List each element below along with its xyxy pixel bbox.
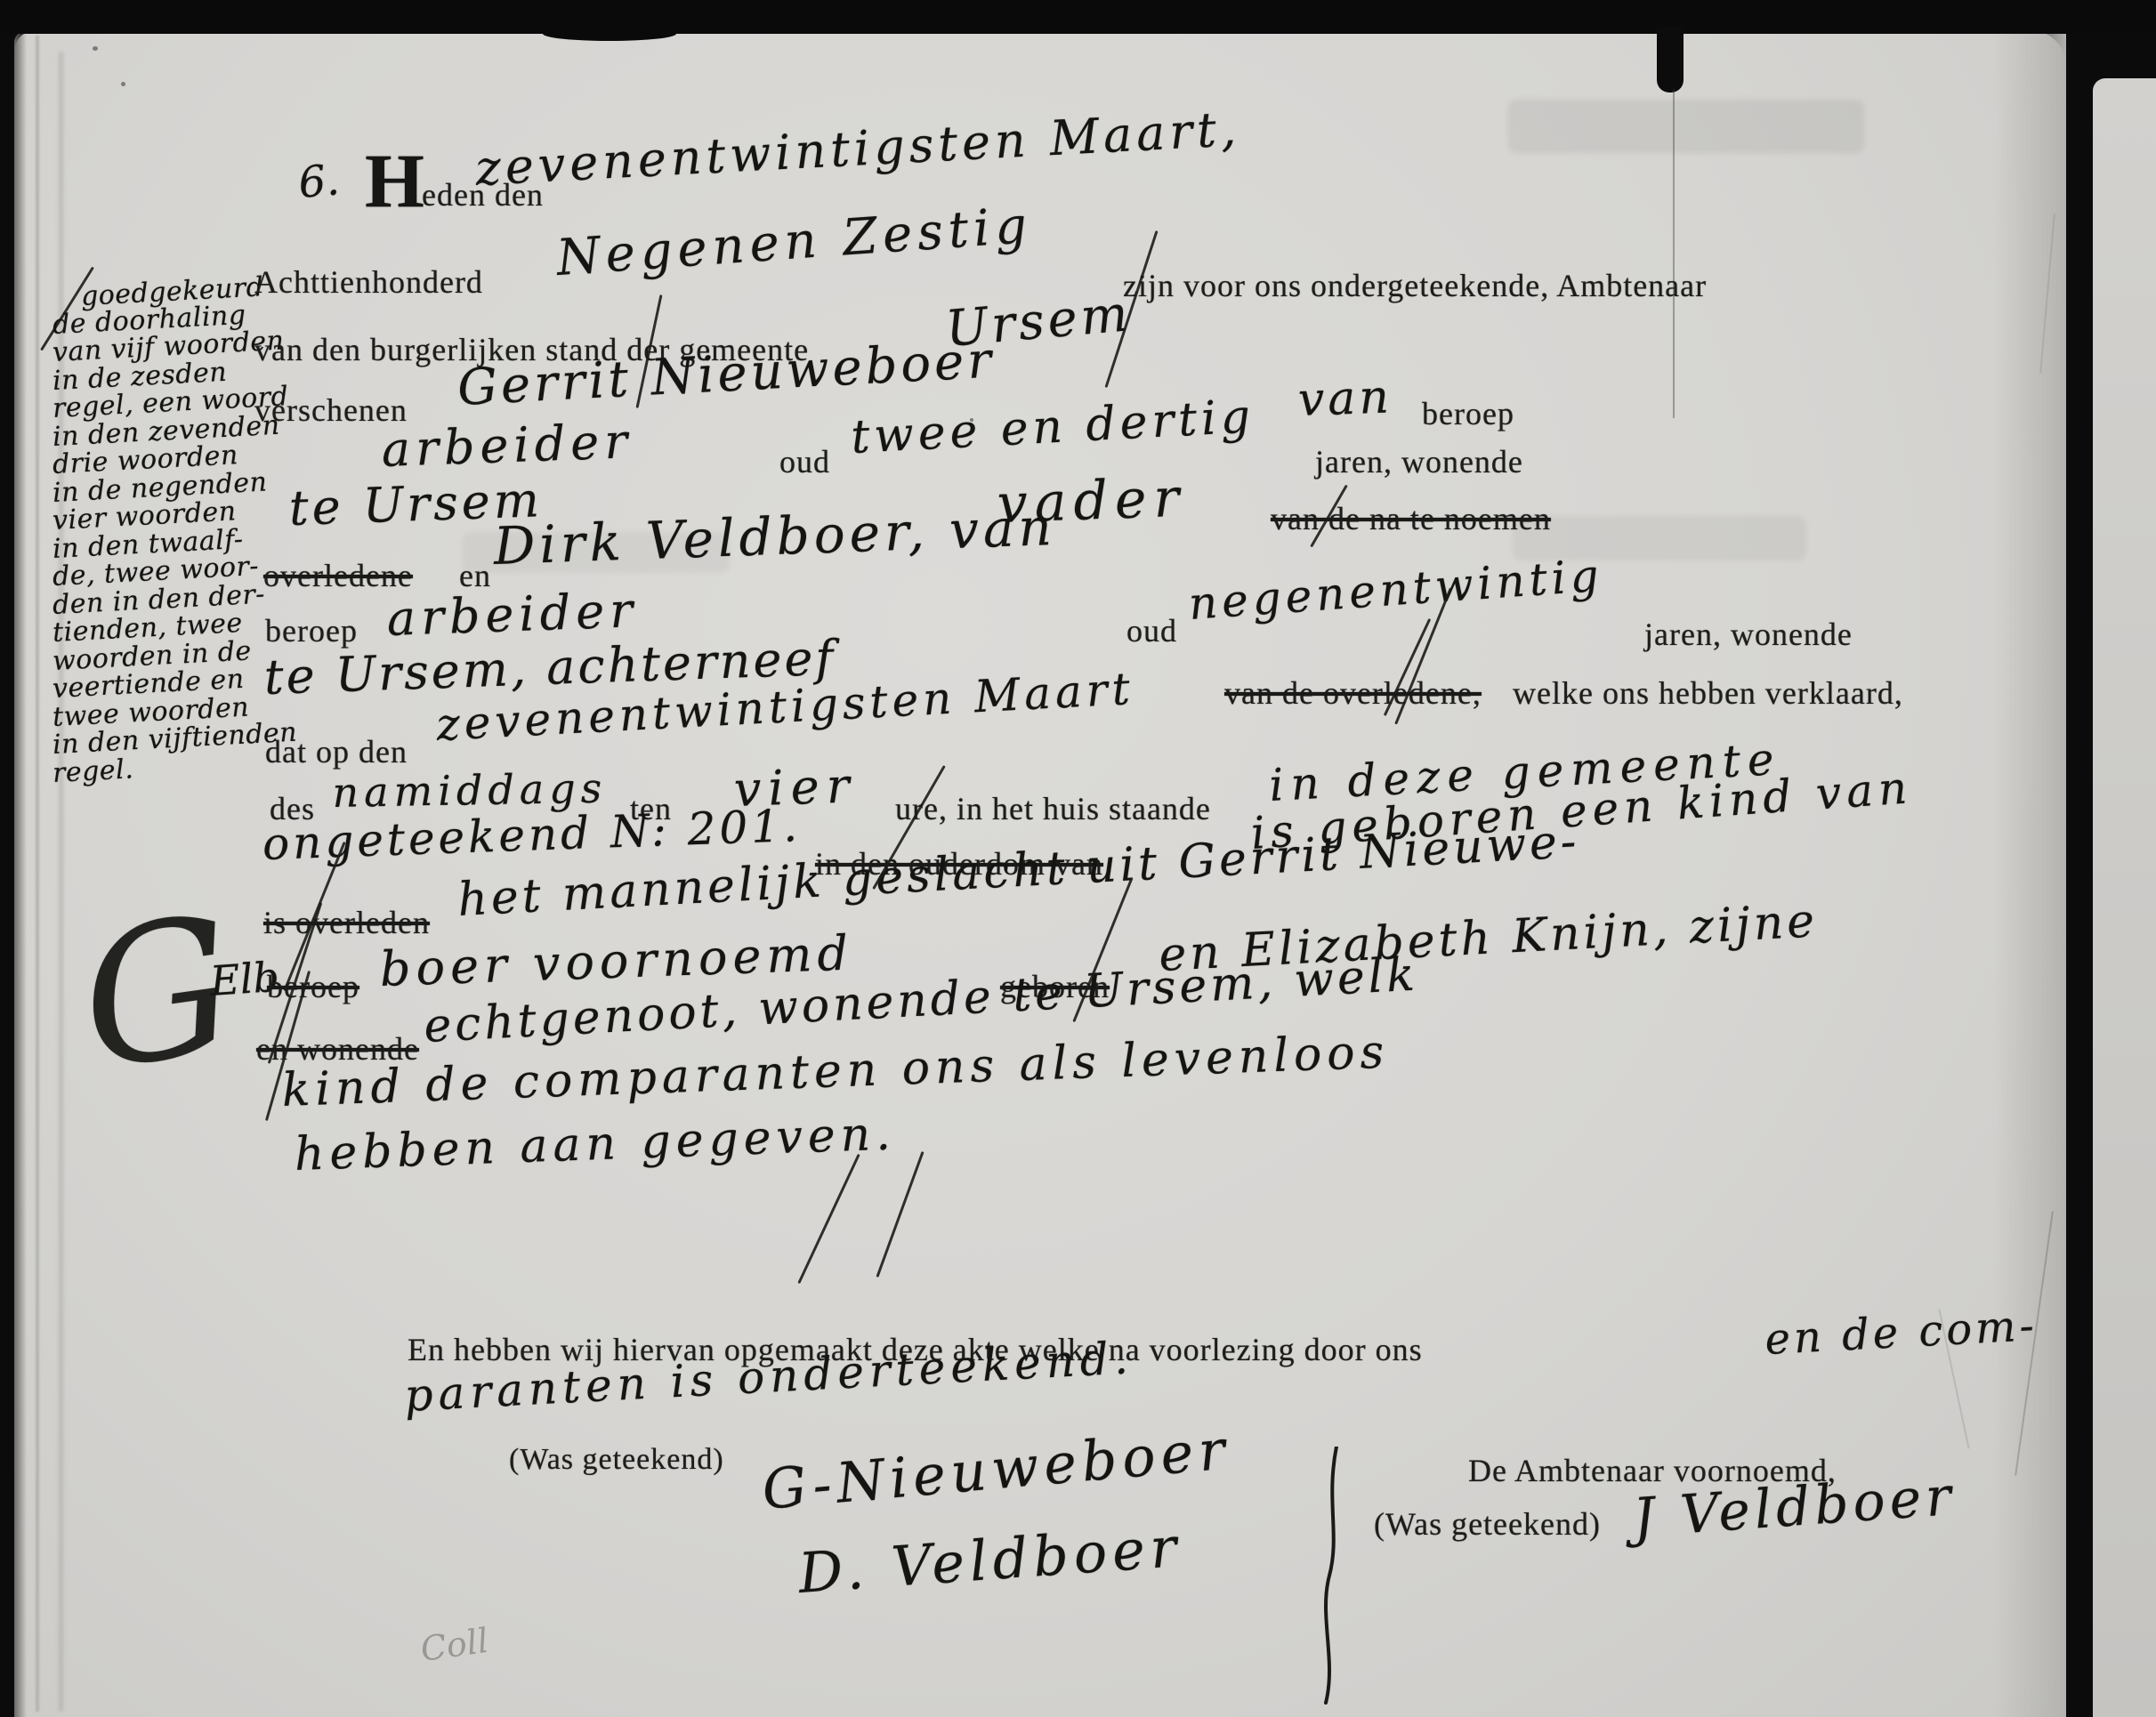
printed-jaren-wonende2: jaren, wonende <box>1644 616 1853 653</box>
printed-beroep2: beroep <box>265 612 358 649</box>
paper-speck <box>93 46 98 51</box>
scanned-death-record-page: goedgekeurd de doorhaling van vijf woord… <box>0 0 2156 1717</box>
printed-was-geteekend-left: (Was geteekend) <box>509 1443 724 1477</box>
gutter-shadow <box>1993 30 2066 1717</box>
act-number: 6. <box>296 155 342 208</box>
margin-note-line: regel. <box>52 754 134 789</box>
printed-achttienhonderd: Achttienhonderd <box>254 263 483 301</box>
printed-welke-verklaard: welke ons hebben verklaard, <box>1513 674 1903 712</box>
printed-ure-huis-staande: ure, in het huis staande <box>895 790 1211 827</box>
printed-beroep: beroep <box>1422 395 1514 432</box>
scan-edge-blob <box>543 27 676 41</box>
printed-struck-van-de-overledene: van de overledene, <box>1224 674 1482 712</box>
ink-bleedthrough <box>1508 100 1864 153</box>
next-page-edge <box>2093 78 2156 1717</box>
signature-divider-brace <box>1310 1447 1345 1709</box>
paper-speck <box>121 82 125 86</box>
page-left-edge-shadow <box>14 30 27 1717</box>
paper-fold-line <box>59 52 63 1712</box>
printed-jaren-wonende: jaren, wonende <box>1315 443 1523 480</box>
printed-struck-overledene: overledene <box>263 557 413 594</box>
printed-struck-beroep: beroep <box>267 968 359 1005</box>
printed-oud2: oud <box>1126 612 1177 649</box>
hw-van: van <box>1297 370 1393 427</box>
printed-dat-op-den: dat op den <box>265 733 408 770</box>
printed-was-geteekend-right: (Was geteekend) <box>1374 1505 1601 1543</box>
printed-struck-is-overleden: is overleden <box>263 904 430 941</box>
printed-zijn-voor-ons: zijn voor ons ondergeteekende, Ambtenaar <box>1123 267 1707 304</box>
scan-edge-top <box>0 0 2156 34</box>
printed-struck-van-de-na-te-noemen: van de na te noemen <box>1271 500 1551 537</box>
paper-fold-line <box>36 36 39 1712</box>
hw-declarant1-occupation: arbeider <box>381 413 634 478</box>
printed-oud: oud <box>779 443 830 480</box>
scan-edge-drip <box>1657 27 1684 93</box>
printed-initial-capital: H <box>365 149 424 212</box>
